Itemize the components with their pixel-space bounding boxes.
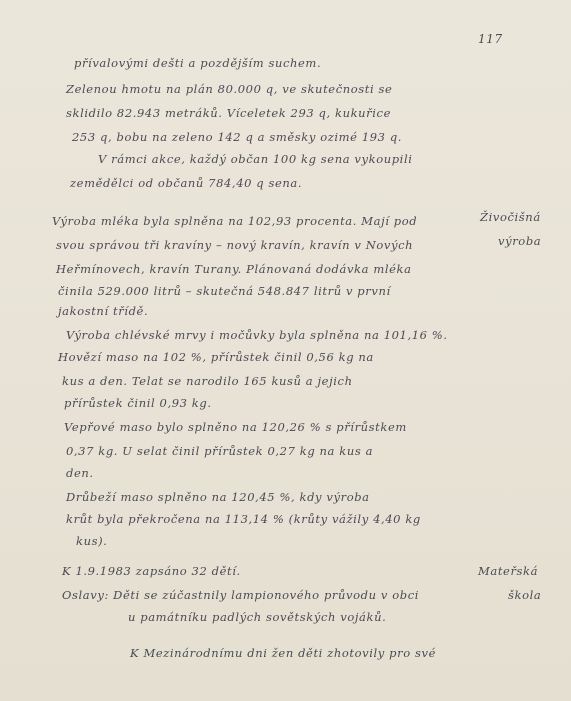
page-number: 117 xyxy=(478,32,503,46)
margin-note: Mateřská xyxy=(478,564,538,578)
text-line: Vepřové maso bylo splněno na 120,26 % s … xyxy=(64,420,407,434)
text-line: Drůbeží maso splněno na 120,45 %, kdy vý… xyxy=(66,490,370,504)
text-line: 253 q, bobu na zeleno 142 q a směsky ozi… xyxy=(72,130,402,144)
text-line: kus a den. Telat se narodilo 165 kusů a … xyxy=(62,374,353,388)
text-line: Zelenou hmotu na plán 80.000 q, ve skute… xyxy=(66,82,392,96)
text-line: jakostní třídě. xyxy=(58,304,148,318)
text-line: přívalovými dešti a pozdějším suchem. xyxy=(74,56,321,70)
text-line: Výroba chlévské mrvy i močůvky byla spln… xyxy=(66,328,448,342)
chronicle-page: 117 přívalovými dešti a pozdějším suchem… xyxy=(0,0,571,701)
margin-note: výroba xyxy=(498,234,541,248)
text-line: Heřmínovech, kravín Turany. Plánovaná do… xyxy=(56,262,412,276)
text-line: Hovězí maso na 102 %, přírůstek činil 0,… xyxy=(58,350,374,364)
text-line: Oslavy: Děti se zúčastnily lampionového … xyxy=(62,588,419,602)
text-line: den. xyxy=(66,466,94,480)
margin-note: škola xyxy=(508,588,541,602)
margin-note: Živočišná xyxy=(480,210,541,224)
text-line: zemědělci od občanů 784,40 q sena. xyxy=(70,176,302,190)
text-line: K 1.9.1983 zapsáno 32 dětí. xyxy=(62,564,241,578)
text-line: sklidilo 82.943 metráků. Víceletek 293 q… xyxy=(66,106,391,120)
text-line: činila 529.000 litrů – skutečná 548.847 … xyxy=(58,284,391,298)
text-line: svou správou tři kravíny – nový kravín, … xyxy=(56,238,413,252)
text-line: K Mezinárodnímu dni žen děti zhotovily p… xyxy=(130,646,436,660)
text-line: kus). xyxy=(76,534,107,548)
text-line: V rámci akce, každý občan 100 kg sena vy… xyxy=(98,152,413,166)
text-line: u památníku padlých sovětských vojáků. xyxy=(128,610,386,624)
text-line: přírůstek činil 0,93 kg. xyxy=(64,396,212,410)
text-line: 0,37 kg. U selat činil přírůstek 0,27 kg… xyxy=(66,444,373,458)
text-line: krůt byla překročena na 113,14 % (krůty … xyxy=(66,512,421,526)
text-line: Výroba mléka byla splněna na 102,93 proc… xyxy=(52,214,417,228)
